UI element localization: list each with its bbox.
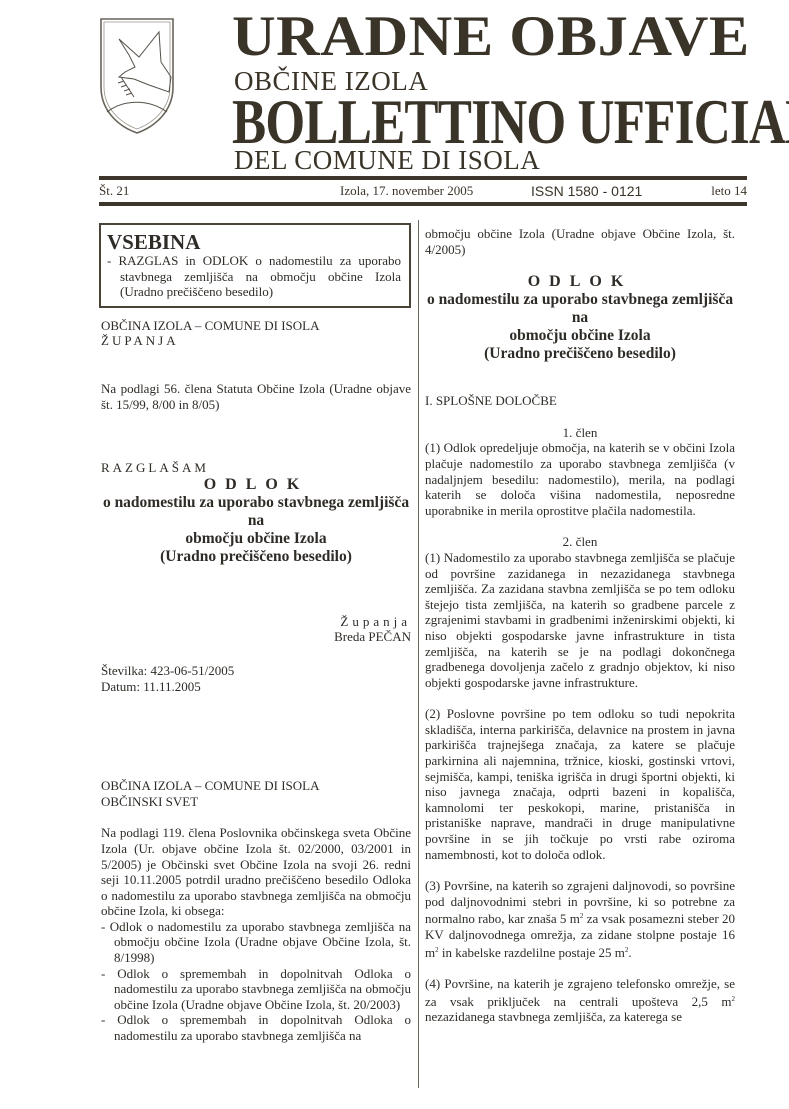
issn: ISSN 1580 - 0121 [531, 182, 642, 200]
section-heading: I. SPLOŠNE DOLOČBE [425, 393, 735, 409]
decree-word: ODLOK [101, 476, 411, 494]
contents-item: - RAZGLAS in ODLOK o nadomestilu za upor… [107, 253, 401, 300]
article-2-paragraph-3: (3) Površine, na katerih so zgrajeni dal… [425, 878, 735, 960]
decree-title-line3: (Uradno prečiščeno besedilo) [425, 345, 735, 363]
issuer-mayor: OBČINA IZOLA – COMUNE DI ISOLA [101, 318, 411, 334]
column-separator [418, 220, 419, 1088]
list-item: - Odlok o spremembah in dopolnitvah Odlo… [101, 966, 411, 1013]
decree-title-line1: o nadomestilu za uporabo stavbnega zemlj… [425, 291, 735, 327]
place-date: Izola, 17. november 2005 [340, 182, 473, 200]
signatory-name: Breda PEČAN [101, 629, 411, 645]
continuation-text: območju občine Izola (Uradne objave Obči… [425, 226, 735, 257]
article-2-title: 2. člen [425, 534, 735, 550]
council-statement: Na podlagi 119. člena Poslovnika občinsk… [101, 825, 411, 919]
municipal-emblem-icon [99, 17, 175, 135]
decree-title-line2: območju občine Izola [425, 327, 735, 345]
masthead-title-sl: URADNE OBJAVE [232, 8, 750, 65]
issuer-mayor-sub: ŽUPANJA [101, 333, 411, 349]
decree-word: ODLOK [425, 273, 735, 291]
contents-box: VSEBINA - RAZGLAS in ODLOK o nadomestilu… [99, 223, 411, 308]
issuer-council: OBČINA IZOLA – COMUNE DI ISOLA [101, 778, 411, 794]
decree-title-line2: območju občine Izola [101, 530, 411, 548]
decree-heading-left: ODLOK o nadomestilu za uporabo stavbnega… [101, 476, 411, 566]
decree-heading-right: ODLOK o nadomestilu za uporabo stavbnega… [425, 273, 735, 363]
article-2-paragraph-2: (2) Poslovne površine po tem odloku so t… [425, 706, 735, 862]
document-number: Številka: 423-06-51/2005 [101, 663, 411, 679]
decree-title-line3: (Uradno prečiščeno besedilo) [101, 548, 411, 566]
decree-title-line1: o nadomestilu za uporabo stavbnega zemlj… [101, 494, 411, 530]
signatory-role: Županja [101, 614, 411, 630]
volume-year: leto 14 [711, 182, 747, 200]
header-rule-bottom [99, 202, 747, 206]
issue-info-bar: Št. 21 Izola, 17. november 2005 ISSN 158… [99, 182, 747, 200]
issue-number: Št. 21 [99, 182, 129, 200]
article-2-paragraph-1: (1) Nadomestilo za uporabo stavbnega zem… [425, 550, 735, 690]
legal-basis: Na podlagi 56. člena Statuta Občine Izol… [101, 381, 411, 412]
contents-heading: VSEBINA [107, 231, 401, 253]
list-item: - Odlok o spremembah in dopolnitvah Odlo… [101, 1012, 411, 1043]
document-date: Datum: 11.11.2005 [101, 679, 411, 695]
proclaim-label: RAZGLAŠAM [101, 460, 411, 476]
article-1-title: 1. člen [425, 425, 735, 441]
issuer-council-sub: OBČINSKI SVET [101, 794, 411, 810]
article-1-paragraph-1: (1) Odlok opredeljuje območja, na kateri… [425, 440, 735, 518]
header-rule-top [99, 176, 747, 180]
left-column: VSEBINA - RAZGLAS in ODLOK o nadomestilu… [101, 220, 411, 1044]
right-column: območju občine Izola (Uradne objave Obči… [425, 220, 735, 1025]
masthead-subtitle-it: DEL COMUNE DI ISOLA [234, 147, 540, 174]
list-item: - Odlok o nadomestilu za uporabo stavbne… [101, 919, 411, 966]
article-2-paragraph-4: (4) Površine, na katerih je zgrajeno tel… [425, 976, 735, 1025]
